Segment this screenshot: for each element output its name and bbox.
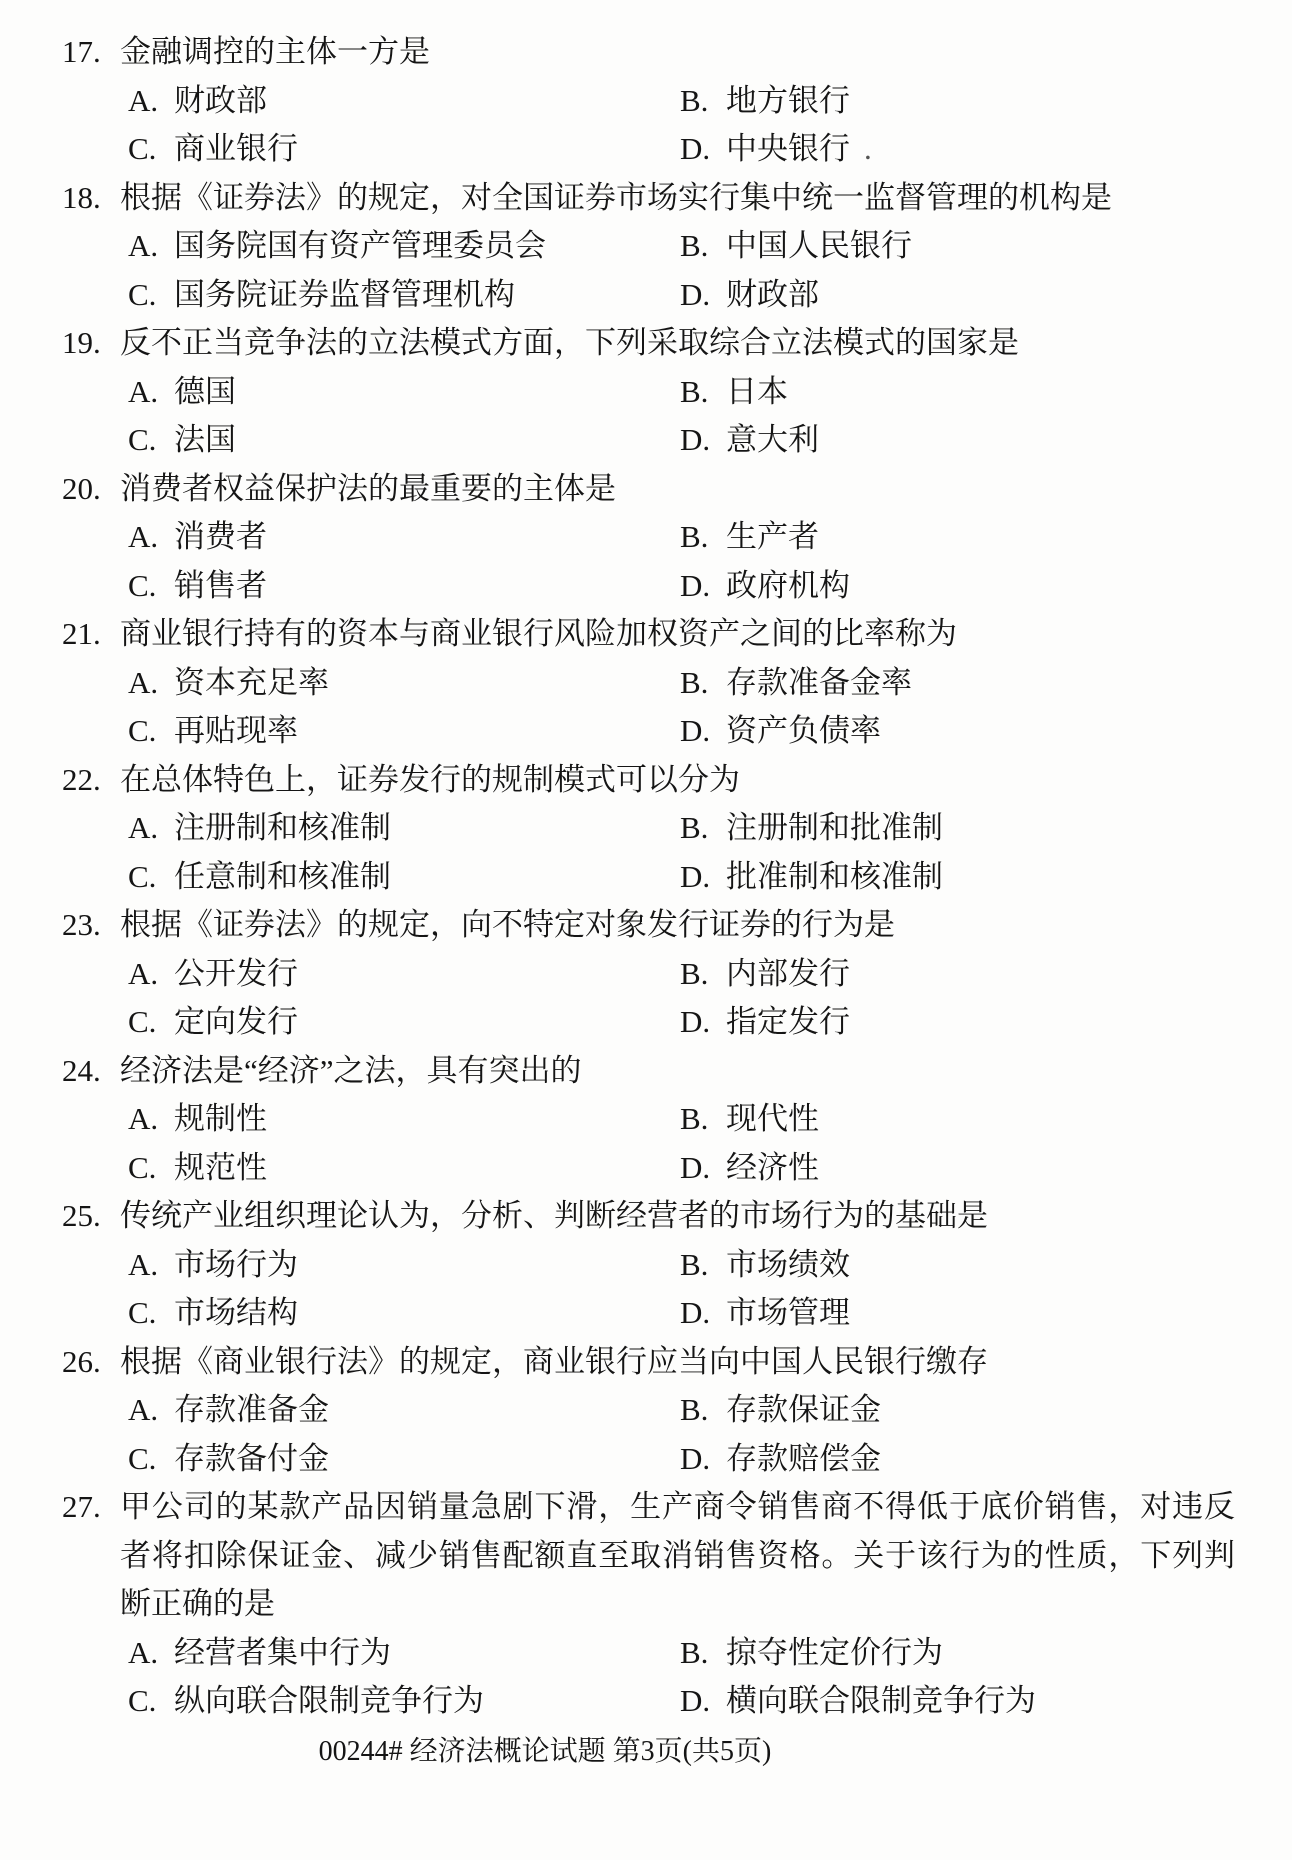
option-A: A.注册制和核准制 <box>128 804 680 853</box>
option-text: 存款准备金 <box>174 1392 329 1427</box>
option-text: 注册制和核准制 <box>174 810 391 845</box>
option-label: C. <box>128 562 174 611</box>
option-A: A.经营者集中行为 <box>128 1629 680 1678</box>
option-text: 国务院证券监督管理机构 <box>174 277 515 312</box>
option-label: A. <box>128 659 174 708</box>
question-number: 18. <box>62 174 120 223</box>
option-text: 存款保证金 <box>726 1392 881 1427</box>
option-row: A.资本充足率B.存款准备金率 <box>0 659 1292 708</box>
question-number: 26. <box>62 1338 120 1387</box>
option-row: A.国务院国有资产管理委员会B.中国人民银行 <box>0 222 1292 271</box>
option-A: A.国务院国有资产管理委员会 <box>128 222 680 271</box>
option-label: A. <box>128 1386 174 1435</box>
option-label: C. <box>128 1435 174 1484</box>
option-row: A.消费者B.生产者 <box>0 513 1292 562</box>
option-row: C.存款备付金D.存款赔偿金 <box>0 1435 1292 1484</box>
option-text: 存款准备金率 <box>726 665 912 700</box>
option-C: C.销售者 <box>128 562 680 611</box>
option-A: A.存款准备金 <box>128 1386 680 1435</box>
option-label: D. <box>680 707 726 756</box>
option-label: D. <box>680 853 726 902</box>
option-D: D.财政部 <box>680 271 819 320</box>
option-label: A. <box>128 1629 174 1678</box>
option-label: B. <box>680 1241 726 1290</box>
option-text: 注册制和批准制 <box>726 810 943 845</box>
option-text: 意大利 <box>726 422 819 457</box>
option-label: C. <box>128 853 174 902</box>
option-B: B.注册制和批准制 <box>680 804 943 853</box>
option-row: A.注册制和核准制B.注册制和批准制 <box>0 804 1292 853</box>
option-B: B.生产者 <box>680 513 819 562</box>
question-stem-row: 18.根据《证券法》的规定，对全国证券市场实行集中统一监督管理的机构是 <box>0 174 1292 223</box>
exam-page: 17.金融调控的主体一方是A.财政部B.地方银行C.商业银行D.中央银行.18.… <box>0 0 1292 1860</box>
option-text: 地方银行 <box>726 83 850 118</box>
option-D: D.经济性 <box>680 1144 819 1193</box>
option-A: A.财政部 <box>128 77 680 126</box>
option-C: C.国务院证券监督管理机构 <box>128 271 680 320</box>
question-number: 19. <box>62 319 120 368</box>
question-stem-row: 26.根据《商业银行法》的规定，商业银行应当向中国人民银行缴存 <box>0 1338 1292 1387</box>
option-text: 资产负债率 <box>726 713 881 748</box>
option-label: D. <box>680 562 726 611</box>
question-text: 根据《证券法》的规定，对全国证券市场实行集中统一监督管理的机构是 <box>120 174 1112 223</box>
option-label: B. <box>680 77 726 126</box>
question-25: 25.传统产业组织理论认为，分析、判断经营者的市场行为的基础是A.市场行为B.市… <box>0 1192 1292 1338</box>
option-label: B. <box>680 804 726 853</box>
option-text: 经济性 <box>726 1150 819 1185</box>
question-text: 传统产业组织理论认为，分析、判断经营者的市场行为的基础是 <box>120 1192 988 1241</box>
option-row: A.存款准备金B.存款保证金 <box>0 1386 1292 1435</box>
option-text: 批准制和核准制 <box>726 859 943 894</box>
option-row: C.规范性D.经济性 <box>0 1144 1292 1193</box>
option-label: A. <box>128 77 174 126</box>
option-label: D. <box>680 125 726 174</box>
option-row: C.商业银行D.中央银行. <box>0 125 1292 174</box>
option-row: C.市场结构D.市场管理 <box>0 1289 1292 1338</box>
question-text: 根据《证券法》的规定，向不特定对象发行证券的行为是 <box>120 901 895 950</box>
option-D: D.市场管理 <box>680 1289 850 1338</box>
option-label: A. <box>128 368 174 417</box>
option-C: C.任意制和核准制 <box>128 853 680 902</box>
option-text: 日本 <box>726 374 788 409</box>
question-26: 26.根据《商业银行法》的规定，商业银行应当向中国人民银行缴存A.存款准备金B.… <box>0 1338 1292 1484</box>
option-label: B. <box>680 222 726 271</box>
option-text: 掠夺性定价行为 <box>726 1635 943 1670</box>
option-A: A.消费者 <box>128 513 680 562</box>
question-number: 21. <box>62 610 120 659</box>
option-A: A.规制性 <box>128 1095 680 1144</box>
option-B: B.市场绩效 <box>680 1241 850 1290</box>
option-label: C. <box>128 1144 174 1193</box>
option-B: B.地方银行 <box>680 77 850 126</box>
option-A: A.德国 <box>128 368 680 417</box>
scan-artifact-dot: . <box>864 125 872 174</box>
question-number: 25. <box>62 1192 120 1241</box>
option-label: A. <box>128 804 174 853</box>
option-text: 中央银行 <box>726 131 850 166</box>
option-A: A.公开发行 <box>128 950 680 999</box>
question-number: 20. <box>62 465 120 514</box>
option-D: D.横向联合限制竞争行为 <box>680 1677 1036 1726</box>
option-text: 横向联合限制竞争行为 <box>726 1683 1036 1718</box>
option-A: A.市场行为 <box>128 1241 680 1290</box>
option-C: C.存款备付金 <box>128 1435 680 1484</box>
option-text: 经营者集中行为 <box>174 1635 391 1670</box>
option-text: 指定发行 <box>726 1004 850 1039</box>
question-17: 17.金融调控的主体一方是A.财政部B.地方银行C.商业银行D.中央银行. <box>0 28 1292 174</box>
option-label: D. <box>680 1144 726 1193</box>
option-label: C. <box>128 125 174 174</box>
question-stem-row: 24.经济法是“经济”之法，具有突出的 <box>0 1047 1292 1096</box>
option-label: C. <box>128 416 174 465</box>
option-text: 国务院国有资产管理委员会 <box>174 228 546 263</box>
question-21: 21.商业银行持有的资本与商业银行风险加权资产之间的比率称为A.资本充足率B.存… <box>0 610 1292 756</box>
option-D: D.指定发行 <box>680 998 850 1047</box>
option-B: B.掠夺性定价行为 <box>680 1629 943 1678</box>
option-label: D. <box>680 1435 726 1484</box>
option-text: 再贴现率 <box>174 713 298 748</box>
option-text: 德国 <box>174 374 236 409</box>
option-text: 消费者 <box>174 519 267 554</box>
option-C: C.再贴现率 <box>128 707 680 756</box>
option-label: A. <box>128 1241 174 1290</box>
option-D: D.批准制和核准制 <box>680 853 943 902</box>
question-text: 甲公司的某款产品因销量急剧下滑，生产商令销售商不得低于底价销售，对违反者将扣除保… <box>120 1483 1235 1629</box>
option-D: D.资产负债率 <box>680 707 881 756</box>
option-label: B. <box>680 368 726 417</box>
question-number: 24. <box>62 1047 120 1096</box>
question-stem-row: 19.反不正当竞争法的立法模式方面，下列采取综合立法模式的国家是 <box>0 319 1292 368</box>
option-text: 纵向联合限制竞争行为 <box>174 1683 484 1718</box>
option-text: 公开发行 <box>174 956 298 991</box>
option-label: D. <box>680 416 726 465</box>
option-text: 财政部 <box>726 277 819 312</box>
option-C: C.定向发行 <box>128 998 680 1047</box>
option-label: C. <box>128 1677 174 1726</box>
option-text: 法国 <box>174 422 236 457</box>
question-20: 20.消费者权益保护法的最重要的主体是A.消费者B.生产者C.销售者D.政府机构 <box>0 465 1292 611</box>
option-text: 任意制和核准制 <box>174 859 391 894</box>
option-label: A. <box>128 1095 174 1144</box>
option-label: D. <box>680 271 726 320</box>
question-number: 23. <box>62 901 120 950</box>
option-row: C.纵向联合限制竞争行为D.横向联合限制竞争行为 <box>0 1677 1292 1726</box>
option-label: B. <box>680 1095 726 1144</box>
option-label: C. <box>128 271 174 320</box>
option-row: A.公开发行B.内部发行 <box>0 950 1292 999</box>
question-text: 在总体特色上，证券发行的规制模式可以分为 <box>120 756 740 805</box>
option-label: B. <box>680 1629 726 1678</box>
question-stem-row: 17.金融调控的主体一方是 <box>0 28 1292 77</box>
question-stem-row: 22.在总体特色上，证券发行的规制模式可以分为 <box>0 756 1292 805</box>
question-stem-row: 21.商业银行持有的资本与商业银行风险加权资产之间的比率称为 <box>0 610 1292 659</box>
option-label: C. <box>128 707 174 756</box>
question-list: 17.金融调控的主体一方是A.财政部B.地方银行C.商业银行D.中央银行.18.… <box>0 0 1292 1726</box>
option-text: 市场管理 <box>726 1295 850 1330</box>
option-row: A.经营者集中行为B.掠夺性定价行为 <box>0 1629 1292 1678</box>
option-label: A. <box>128 950 174 999</box>
option-row: A.财政部B.地方银行 <box>0 77 1292 126</box>
question-text: 根据《商业银行法》的规定，商业银行应当向中国人民银行缴存 <box>120 1338 988 1387</box>
option-text: 政府机构 <box>726 568 850 603</box>
question-27: 27.甲公司的某款产品因销量急剧下滑，生产商令销售商不得低于底价销售，对违反者将… <box>0 1483 1292 1726</box>
option-label: B. <box>680 659 726 708</box>
option-text: 市场行为 <box>174 1247 298 1282</box>
option-B: B.日本 <box>680 368 788 417</box>
option-D: D.政府机构 <box>680 562 850 611</box>
option-label: A. <box>128 222 174 271</box>
option-row: A.德国B.日本 <box>0 368 1292 417</box>
option-text: 资本充足率 <box>174 665 329 700</box>
option-text: 定向发行 <box>174 1004 298 1039</box>
option-text: 存款赔偿金 <box>726 1441 881 1476</box>
question-stem-row: 27.甲公司的某款产品因销量急剧下滑，生产商令销售商不得低于底价销售，对违反者将… <box>0 1483 1292 1629</box>
page-footer: 00244# 经济法概论试题 第3页(共5页) <box>0 1732 1090 1772</box>
option-text: 现代性 <box>726 1101 819 1136</box>
option-B: B.内部发行 <box>680 950 850 999</box>
option-C: C.纵向联合限制竞争行为 <box>128 1677 680 1726</box>
option-label: B. <box>680 950 726 999</box>
option-label: C. <box>128 998 174 1047</box>
question-text: 反不正当竞争法的立法模式方面，下列采取综合立法模式的国家是 <box>120 319 1019 368</box>
option-text: 市场绩效 <box>726 1247 850 1282</box>
option-label: A. <box>128 513 174 562</box>
option-text: 生产者 <box>726 519 819 554</box>
option-row: A.市场行为B.市场绩效 <box>0 1241 1292 1290</box>
question-22: 22.在总体特色上，证券发行的规制模式可以分为A.注册制和核准制B.注册制和批准… <box>0 756 1292 902</box>
question-stem-row: 25.传统产业组织理论认为，分析、判断经营者的市场行为的基础是 <box>0 1192 1292 1241</box>
question-24: 24.经济法是“经济”之法，具有突出的A.规制性B.现代性C.规范性D.经济性 <box>0 1047 1292 1193</box>
question-text: 消费者权益保护法的最重要的主体是 <box>120 465 616 514</box>
option-D: D.存款赔偿金 <box>680 1435 881 1484</box>
question-23: 23.根据《证券法》的规定，向不特定对象发行证券的行为是A.公开发行B.内部发行… <box>0 901 1292 1047</box>
option-row: A.规制性B.现代性 <box>0 1095 1292 1144</box>
question-19: 19.反不正当竞争法的立法模式方面，下列采取综合立法模式的国家是A.德国B.日本… <box>0 319 1292 465</box>
option-C: C.市场结构 <box>128 1289 680 1338</box>
option-text: 市场结构 <box>174 1295 298 1330</box>
question-text: 金融调控的主体一方是 <box>120 28 430 77</box>
option-label: B. <box>680 1386 726 1435</box>
option-B: B.存款保证金 <box>680 1386 881 1435</box>
option-label: B. <box>680 513 726 562</box>
question-18: 18.根据《证券法》的规定，对全国证券市场实行集中统一监督管理的机构是A.国务院… <box>0 174 1292 320</box>
option-label: D. <box>680 1677 726 1726</box>
option-C: C.法国 <box>128 416 680 465</box>
option-text: 内部发行 <box>726 956 850 991</box>
option-B: B.现代性 <box>680 1095 819 1144</box>
question-number: 22. <box>62 756 120 805</box>
option-C: C.规范性 <box>128 1144 680 1193</box>
option-A: A.资本充足率 <box>128 659 680 708</box>
question-text: 商业银行持有的资本与商业银行风险加权资产之间的比率称为 <box>120 610 957 659</box>
question-text: 经济法是“经济”之法，具有突出的 <box>120 1047 582 1096</box>
option-row: C.国务院证券监督管理机构D.财政部 <box>0 271 1292 320</box>
option-text: 销售者 <box>174 568 267 603</box>
option-label: C. <box>128 1289 174 1338</box>
question-number: 27. <box>62 1483 120 1532</box>
option-label: D. <box>680 1289 726 1338</box>
option-text: 商业银行 <box>174 131 298 166</box>
question-number: 17. <box>62 28 120 77</box>
question-stem-row: 23.根据《证券法》的规定，向不特定对象发行证券的行为是 <box>0 901 1292 950</box>
option-text: 规范性 <box>174 1150 267 1185</box>
question-stem-row: 20.消费者权益保护法的最重要的主体是 <box>0 465 1292 514</box>
option-B: B.存款准备金率 <box>680 659 912 708</box>
option-row: C.再贴现率D.资产负债率 <box>0 707 1292 756</box>
option-text: 财政部 <box>174 83 267 118</box>
option-label: D. <box>680 998 726 1047</box>
option-D: D.意大利 <box>680 416 819 465</box>
option-B: B.中国人民银行 <box>680 222 912 271</box>
option-row: C.销售者D.政府机构 <box>0 562 1292 611</box>
option-C: C.商业银行 <box>128 125 680 174</box>
option-D: D.中央银行. <box>680 125 872 174</box>
option-text: 中国人民银行 <box>726 228 912 263</box>
option-row: C.法国D.意大利 <box>0 416 1292 465</box>
option-row: C.任意制和核准制D.批准制和核准制 <box>0 853 1292 902</box>
option-row: C.定向发行D.指定发行 <box>0 998 1292 1047</box>
option-text: 规制性 <box>174 1101 267 1136</box>
option-text: 存款备付金 <box>174 1441 329 1476</box>
